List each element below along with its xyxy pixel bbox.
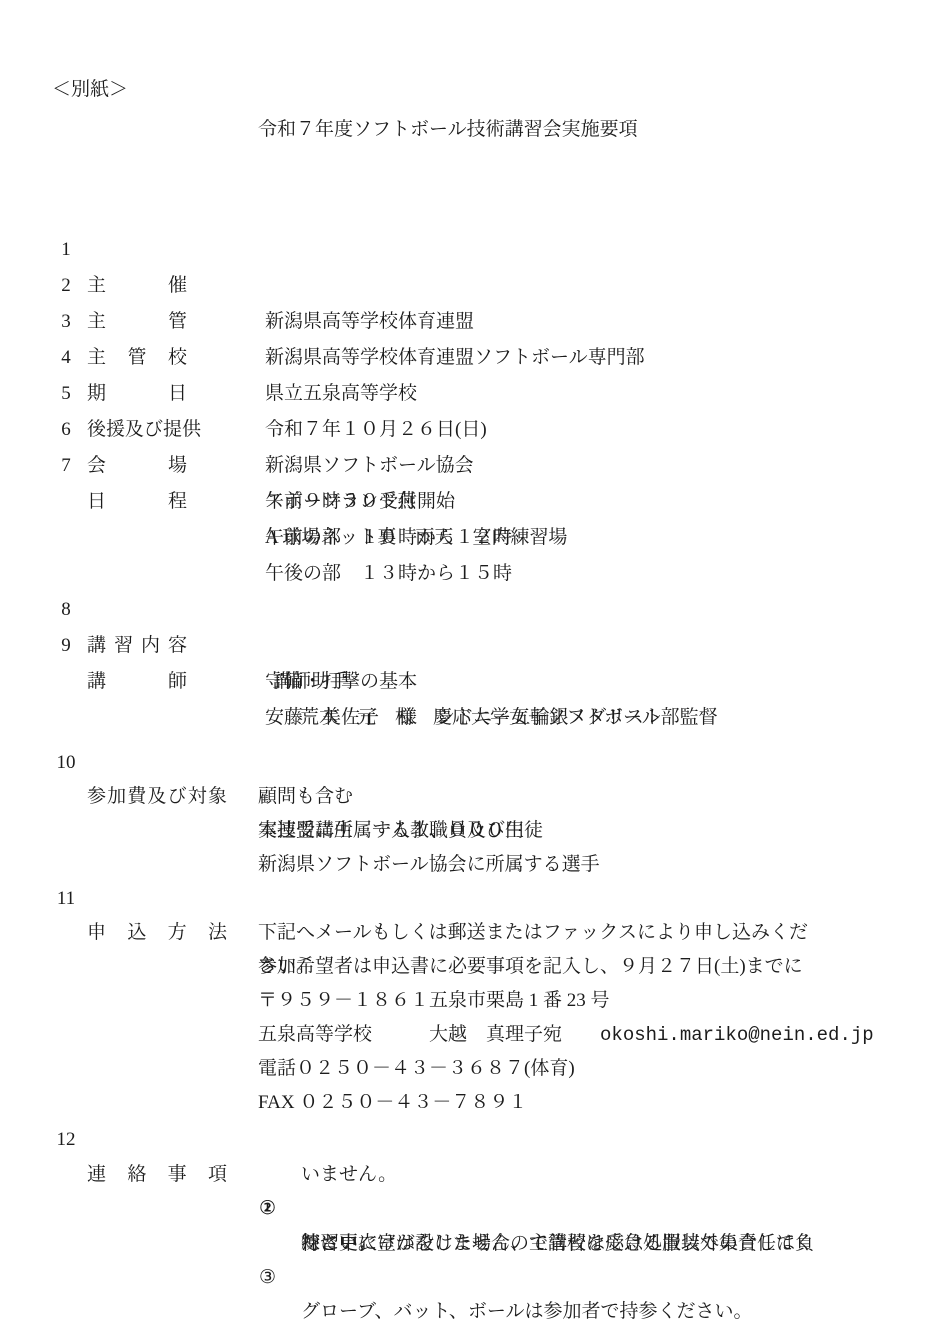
item-row: 4 期日 令和７年１０月２６日(日) [0,304,940,340]
item-row: 10 参加費及び対象 実技受講生 一人１、０００円 [0,712,940,746]
item-row: 3 主管校 県立五泉高等学校 [0,268,940,304]
continuation-row: さい。 [0,916,940,950]
document-title: 令和７年度ソフトボール技術講習会実施要項 [258,114,638,141]
note-row: ② 特に更衣室は設けませんので講習を受ける服装で集合してく [0,1158,940,1192]
continuation-row: 午前の部 １０時から１２時 [0,484,940,520]
item-row: 8 講習内容 守備・打撃の基本 [0,556,940,592]
note-continuation-row: いません。 [0,1123,940,1157]
continuation-row: FAX ０２５０－４３－７８９１ [0,1052,940,1086]
note-row: ③ グローブ、バット、ボールは参加者で持参ください。 [0,1227,940,1261]
item-row: 6 会場 スポーツランド燕 [0,376,940,412]
note-continuation-row: ださい。 [0,1192,940,1226]
item-row: 12 連絡事項 ① 練習中にけがをした場合、主管校は応急処置以外の責任は負 [0,1089,940,1123]
document-page: ＜別紙＞ 令和７年度ソフトボール技術講習会実施要項 1 主催 新潟県高等学校体育… [0,0,940,1329]
continuation-row: 講師助手 [0,628,940,664]
continuation-row: 電話０２５０－４３－３６８７(体育) [0,1018,940,1052]
section-items-10-11: 10 参加費及び対象 実技受講生 一人１、０００円 顧問も含む 本連盟に所属する… [0,712,940,1086]
item-row: 11 申込方法 参加希望者は申込書に必要事項を記入し、９月２７日(土)までに [0,848,940,882]
continuation-row: 午前９時３０受付開始 [0,448,940,484]
continuation-row: 五泉高等学校 大越 真理子宛 okoshi.mariko@nein.ed.jp [0,984,940,1018]
continuation-row: 下記へメールもしくは郵送またはファックスにより申し込みくだ [0,882,940,916]
item-row: 9 講師 安藤 美佐子 様 シドニー五輪銀メダリスト [0,592,940,628]
attachment-label: ＜別紙＞ [52,74,128,101]
item-row: 5 後援及び提供 新潟県ソフトボール協会 [0,340,940,376]
continuation-row: 新潟県ソフトボール協会に所属する選手 [0,814,940,848]
continuation-row: 午後の部 １３時から１５時 [0,520,940,556]
continuation-row: 本連盟に所属する教職員及び生徒 [0,780,940,814]
continuation-row: 〒９５９－１８６１五泉市栗島 1 番 23 号 [0,950,940,984]
item-row: 7 日程 A 球場ネット裏 雨天 室内練習場 [0,412,940,448]
note-marker: ③ [259,1261,276,1295]
note-text: グローブ、バット、ボールは参加者で持参ください。 [301,1295,752,1329]
item-row: 2 主管 新潟県高等学校体育連盟ソフトボール専門部 [0,232,940,268]
section-items-1-9: 1 主催 新潟県高等学校体育連盟 2 主管 新潟県高等学校体育連盟ソフトボール専… [0,196,940,700]
continuation-row: 顧問も含む [0,746,940,780]
section-item-12: 12 連絡事項 ① 練習中にけがをした場合、主管校は応急処置以外の責任は負 いま… [0,1089,940,1261]
continuation-row: 荒木 元 様 慶応大学女子ソフトボール部監督 [0,664,940,700]
item-row: 1 主催 新潟県高等学校体育連盟 [0,196,940,232]
